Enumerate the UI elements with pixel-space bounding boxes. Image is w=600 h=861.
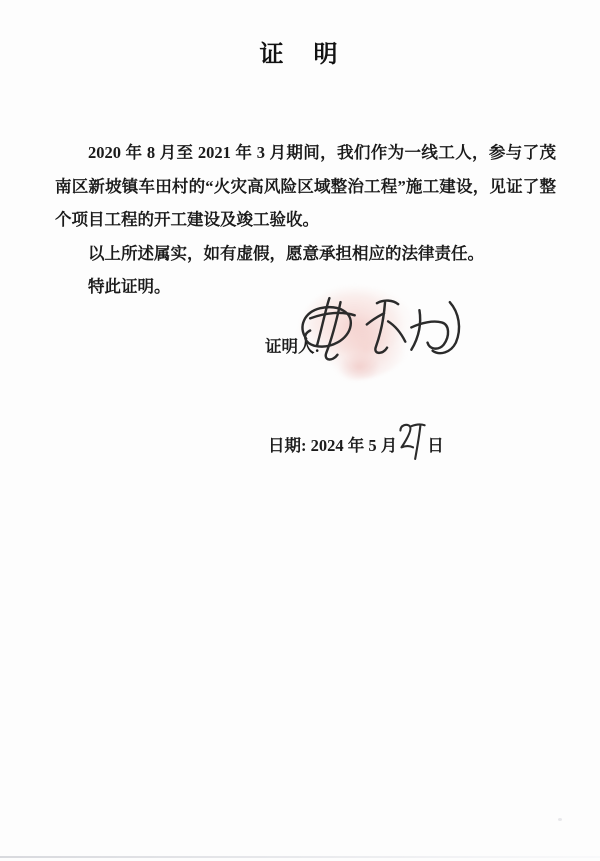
- signature-block: 证明人: 黎永旭: [0, 280, 600, 400]
- body-paragraph: 以上所述属实，如有虚假，愿意承担相应的法律责任。: [55, 237, 556, 271]
- handwritten-day: [398, 420, 426, 460]
- body-paragraph: 2020 年 8 月至 2021 年 3 月期间，我们作为一线工人，参与了茂南区…: [55, 136, 556, 237]
- scan-edge-shadow: [0, 856, 600, 858]
- handwritten-day-value: 27: [427, 420, 428, 421]
- signature-name-value: 黎永旭: [0, 280, 1, 281]
- date-prefix: 日期: 2024 年 5 月: [268, 436, 397, 455]
- scanned-certificate-page: 证 明 2020 年 8 月至 2021 年 3 月期间，我们作为一线工人，参与…: [0, 0, 600, 861]
- document-body: 2020 年 8 月至 2021 年 3 月期间，我们作为一线工人，参与了茂南区…: [55, 136, 556, 304]
- date-suffix: 日: [427, 436, 444, 455]
- signature-handwriting: [296, 294, 468, 370]
- date-line: 日期: 2024 年 5 月 27日: [268, 420, 444, 462]
- page-title: 证 明: [0, 34, 600, 69]
- scan-speck: [558, 818, 562, 821]
